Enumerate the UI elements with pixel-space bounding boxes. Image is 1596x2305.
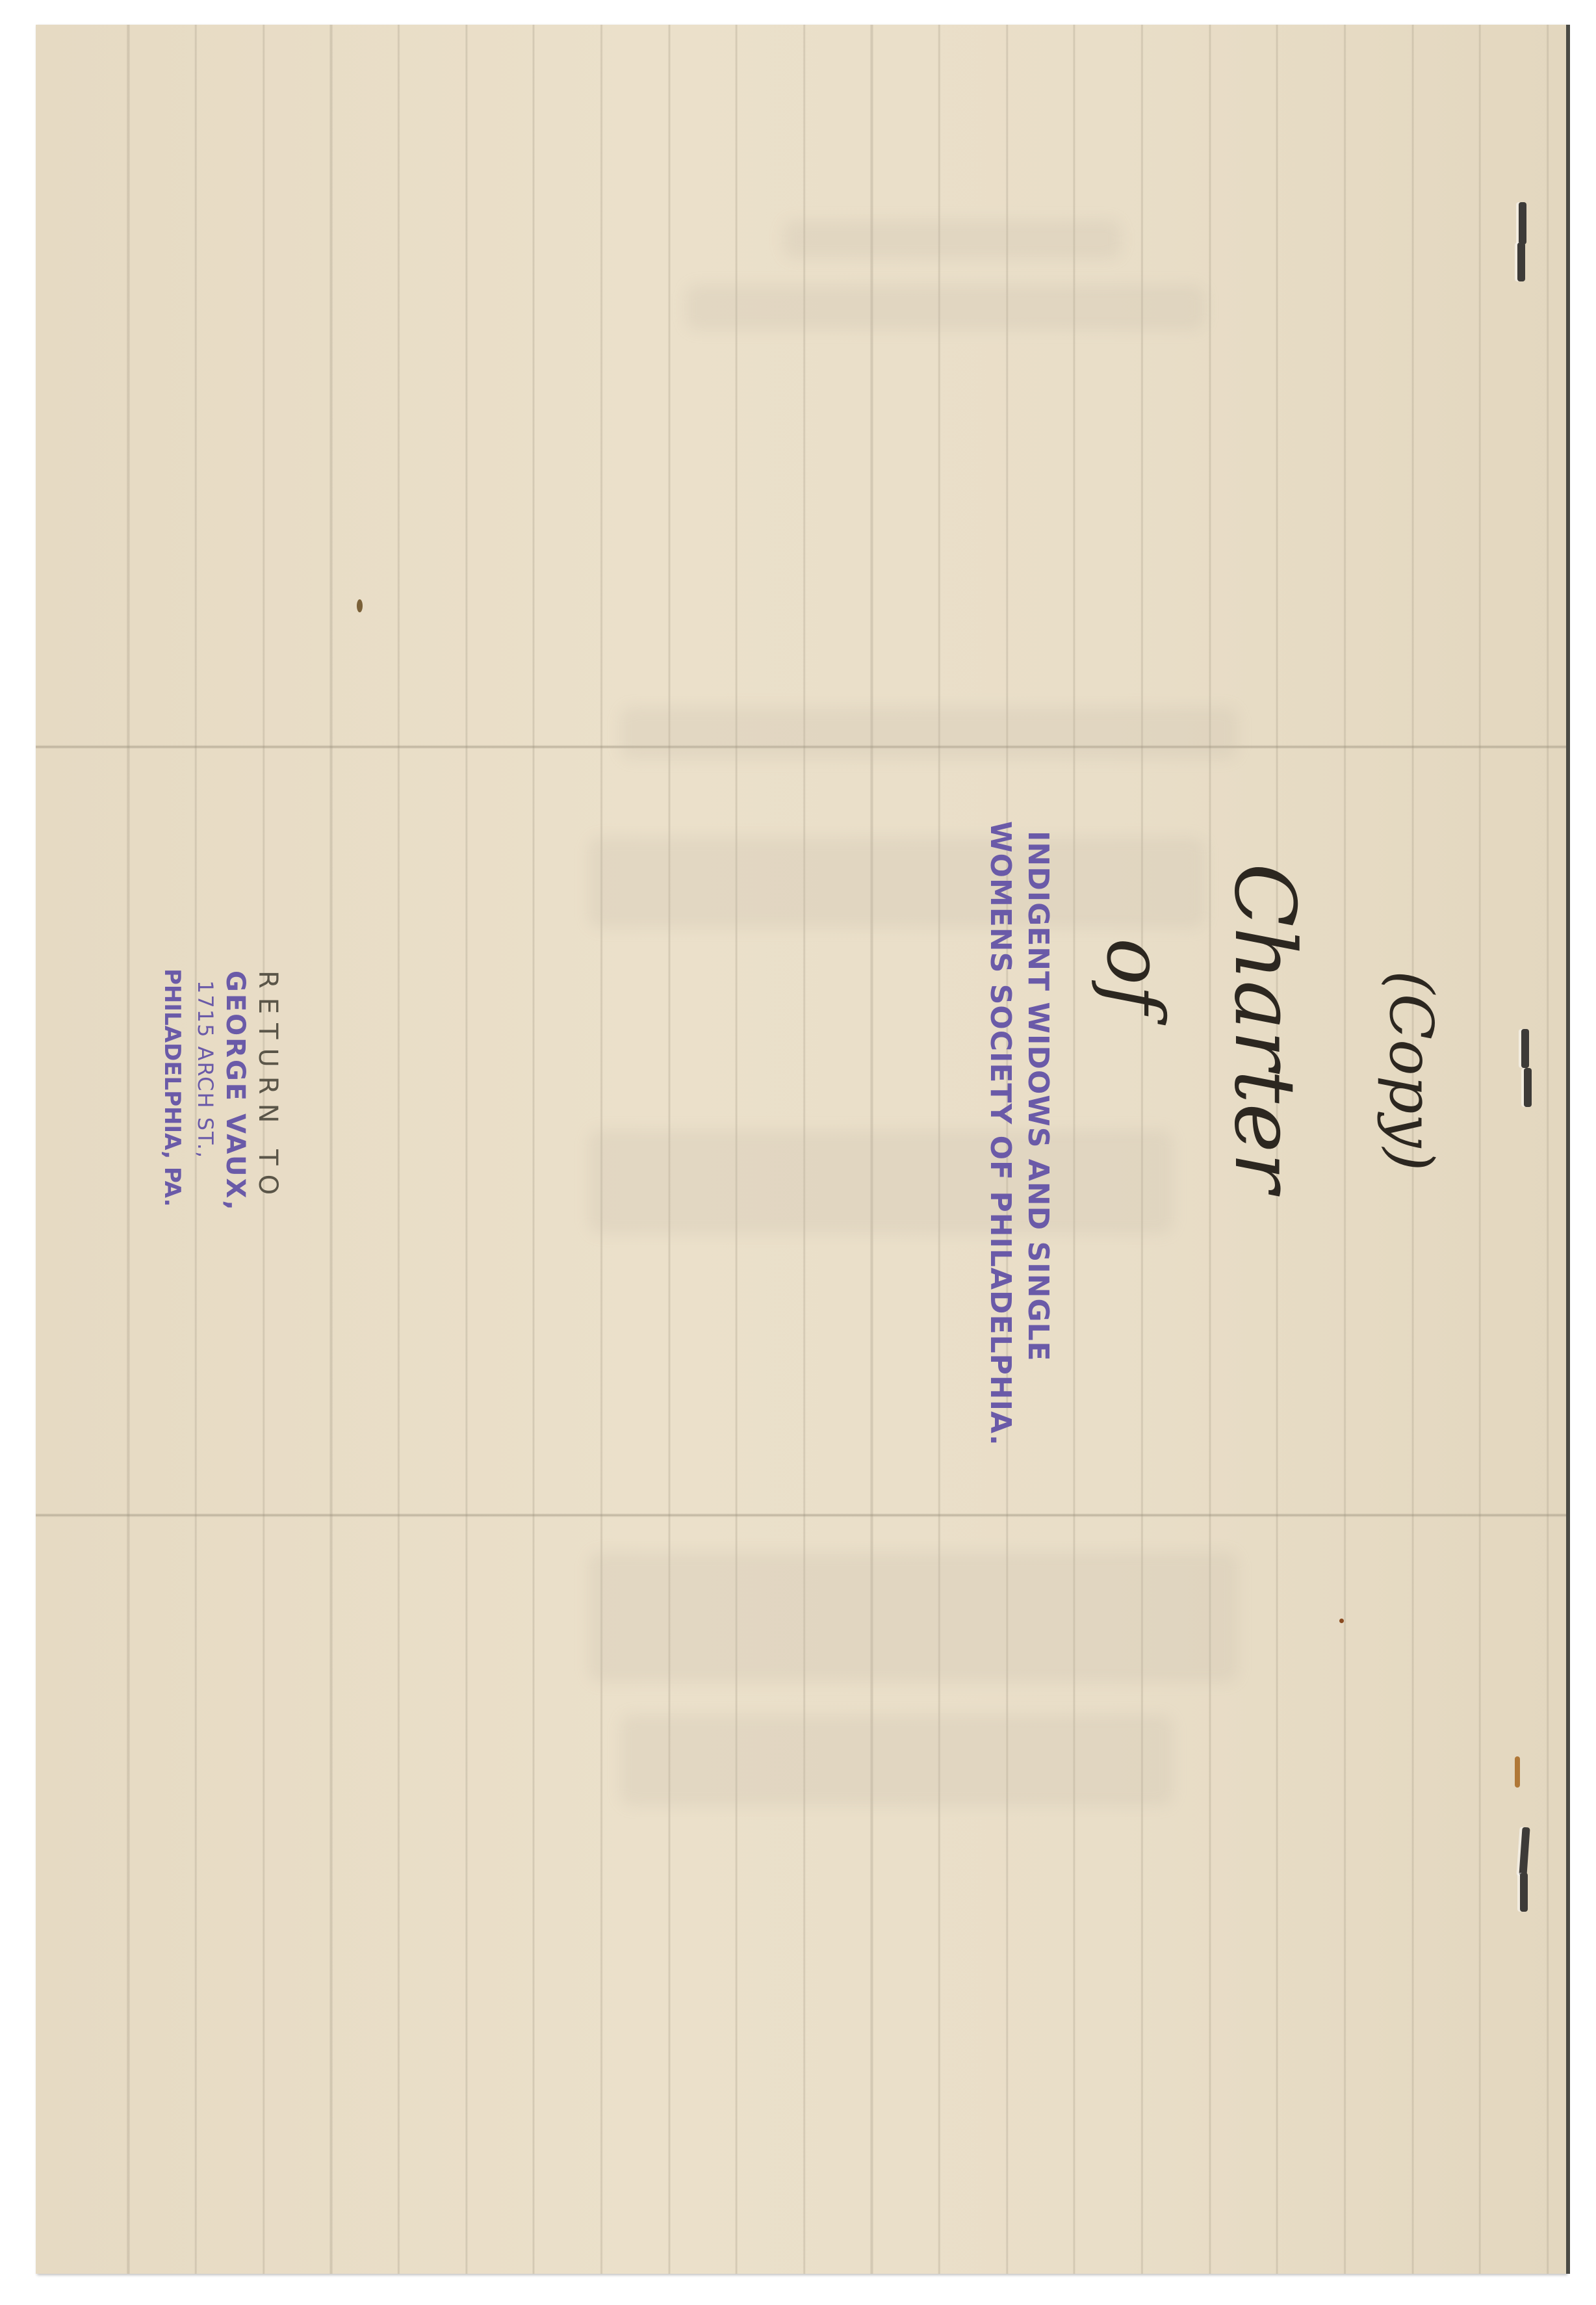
staple-icon <box>1517 242 1525 281</box>
staple-icon <box>1520 1873 1528 1912</box>
show-through-text <box>621 707 1238 759</box>
show-through-text <box>588 1130 1173 1234</box>
society-stamp-line1: INDIGENT WIDOWS AND SINGLE <box>1022 831 1055 1362</box>
handwritten-title: Charter <box>1216 863 1313 1192</box>
return-city: PHILADELPHIA, PA. <box>159 969 185 1207</box>
staple-icon <box>1519 1827 1530 1877</box>
fold-line-lower <box>36 1513 1566 1517</box>
society-stamp-line2: WOMENS SOCIETY OF PHILADELPHIA. <box>984 821 1017 1446</box>
handwritten-copy-note: (Copy) <box>1376 970 1446 1171</box>
return-to-heading: RETURN TO <box>253 970 283 1204</box>
stain-spot <box>1339 1619 1344 1623</box>
show-through-text <box>686 285 1205 330</box>
stain-spot <box>357 599 363 612</box>
staple-icon <box>1519 202 1526 244</box>
rust-stain <box>1515 1756 1520 1788</box>
handwritten-of: of <box>1089 938 1179 1014</box>
staple-icon <box>1521 1029 1529 1068</box>
show-through-text <box>783 220 1121 259</box>
return-name: GEORGE VAUX, <box>220 970 250 1212</box>
document-paper: (Copy) Charter of INDIGENT WIDOWS AND SI… <box>36 25 1566 2274</box>
staple-icon <box>1524 1068 1532 1107</box>
return-street: 1715 ARCH ST., <box>193 980 218 1159</box>
show-through-text <box>621 1715 1173 1806</box>
show-through-text <box>588 837 1205 928</box>
show-through-text <box>588 1552 1238 1682</box>
